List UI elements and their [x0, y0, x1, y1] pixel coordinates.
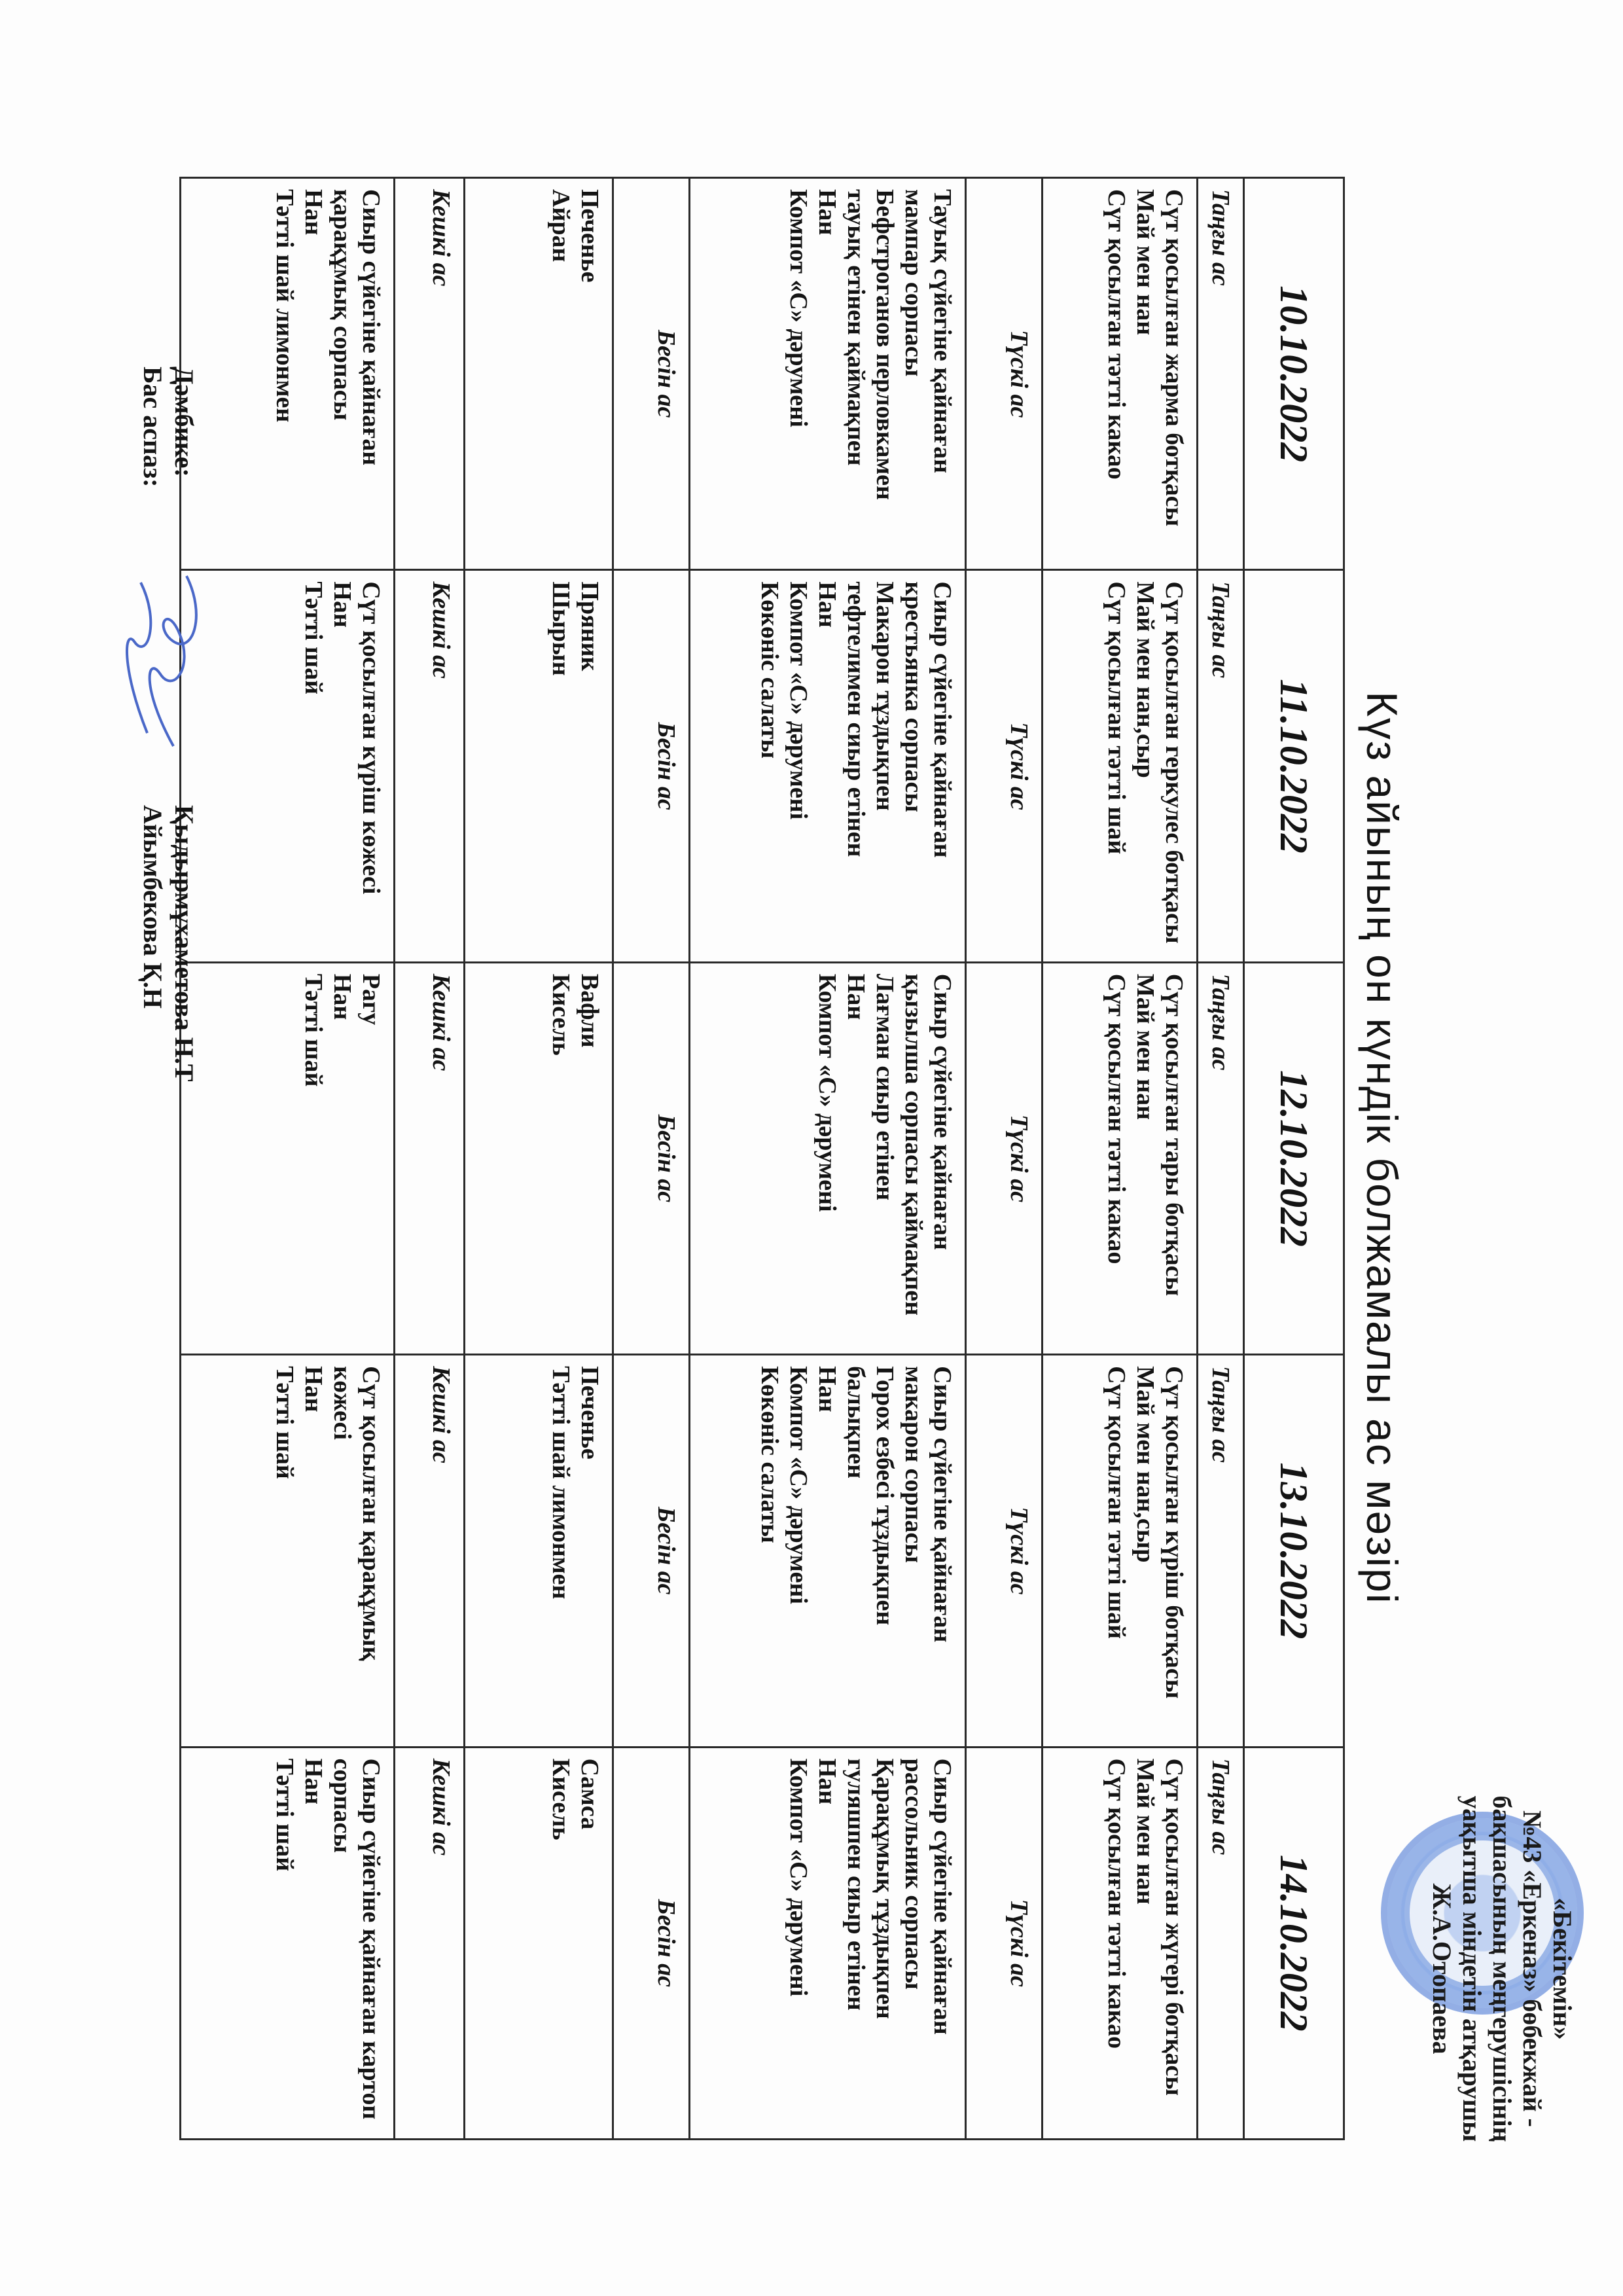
dish-item: Шырын: [546, 581, 575, 950]
dish-item: Нан: [842, 974, 870, 1343]
date-header: 12.10.2022: [1244, 962, 1344, 1354]
breakfast-items-row: Сүт қосылған жарма ботқасыМай мен нанСүт…: [1043, 178, 1198, 2140]
meal-label-dinner: Кешкі ас: [395, 570, 465, 962]
lunch-cell: Тауық сүйегіне қайнаған мампар сорпасыБе…: [690, 178, 966, 570]
meal-label-dinner: Кешкі ас: [395, 178, 465, 570]
dish-item: Сиыр сүйегіне қайнаған рассольник сорпас…: [899, 1759, 957, 2128]
date-header: 10.10.2022: [1244, 178, 1344, 570]
dish-item: Сүт қосылған күріш ботқасы: [1160, 1366, 1188, 1735]
dish-item: Сиыр сүйегіне қайнаған крестьянка сорпас…: [899, 581, 957, 950]
dinner-cell: Сиыр сүйегіне қайнаған қарақұмық сорпасы…: [181, 178, 395, 570]
dish-item: Нан: [328, 974, 357, 1343]
meal-label-dinner: Кешкі ас: [395, 962, 465, 1354]
breakfast-cell: Сүт қосылған жүгері ботқасыМай мен нанСү…: [1043, 1747, 1198, 2139]
snack-cell: ВафлиКисель: [465, 962, 613, 1354]
dish-item: Кисель: [546, 974, 575, 1343]
dish-item: Көкөніс салаты: [755, 581, 784, 950]
signature-name: Қыдырмұхаметова Н.Т: [168, 805, 200, 1082]
approval-block: «Бекітемін» №43 «Еркеназ» бөбекжай - бақ…: [1427, 1785, 1577, 2152]
signature-role: Бас аспаз:: [137, 367, 168, 517]
dish-item: Сиыр сүйегіне қайнаған картоп сорпасы: [328, 1759, 385, 2128]
date-header: 11.10.2022: [1244, 570, 1344, 962]
breakfast-cell: Сүт қосылған тары ботқасыМай мен нанСүт …: [1043, 962, 1198, 1354]
dish-item: Май мен нан,сыр: [1131, 581, 1160, 950]
meal-label-breakfast: Таңғы ас: [1198, 962, 1244, 1354]
meal-label-breakfast: Таңғы ас: [1198, 1747, 1244, 2139]
signature-role: Дәмбике:: [168, 367, 200, 517]
dish-item: Рагу: [357, 974, 385, 1343]
breakfast-cell: Сүт қосылған күріш ботқасыМай мен нан,сы…: [1043, 1355, 1198, 1747]
dish-item: Сүт қосылған тәтті шай: [1102, 581, 1131, 950]
dinner-cell: РагуНанТәтті шай: [181, 962, 395, 1354]
signature-name: Айымбекова Қ.Н: [137, 805, 168, 1009]
approval-line: Ж.А.Отопаева: [1427, 1785, 1457, 2152]
dinner-items-row: Сиыр сүйегіне қайнаған қарақұмық сорпасы…: [181, 178, 395, 2140]
dish-item: Нан: [813, 581, 842, 950]
dish-item: Сүт қосылған жарма ботқасы: [1160, 189, 1188, 558]
dish-item: Печенье: [575, 1366, 604, 1735]
dish-item: Май мен нан: [1131, 1759, 1160, 2128]
dish-item: Нан: [299, 189, 328, 558]
dish-item: Сүт қосылған күріш көжесі: [357, 581, 385, 950]
meal-label-snack: Бесін ас: [613, 178, 690, 570]
page-title: Күз айының он күндік болжамалы ас мәзірі: [1357, 0, 1407, 2296]
dinner-label-row: Кешкі асКешкі асКешкі асКешкі асКешкі ас: [395, 178, 465, 2140]
snack-items-row: ПеченьеАйранПряникШырынВафлиКисельПечень…: [465, 178, 613, 2140]
dish-item: Компот «С» дәрумені: [784, 189, 813, 558]
dish-item: Тәтті шай: [299, 581, 328, 950]
menu-sheet: «Бекітемін» №43 «Еркеназ» бөбекжай - бақ…: [0, 0, 1623, 2296]
dish-item: Сүт қосылған тары ботқасы: [1160, 974, 1188, 1343]
dish-item: Сүт қосылған тәтті какао: [1102, 974, 1131, 1343]
dish-item: Нан: [813, 1759, 842, 2128]
dish-item: Айран: [546, 189, 575, 558]
meal-label-lunch: Түскі ас: [966, 962, 1043, 1354]
date-header: 13.10.2022: [1244, 1355, 1344, 1747]
dish-item: Май мен нан: [1131, 189, 1160, 558]
lunch-cell: Сиыр сүйегіне қайнаған рассольник сорпас…: [690, 1747, 966, 2139]
dish-item: Нан: [813, 189, 842, 558]
meal-label-snack: Бесін ас: [613, 962, 690, 1354]
snack-cell: ПеченьеТәтті шай лимонмен: [465, 1355, 613, 1747]
dish-item: Вафли: [575, 974, 604, 1343]
meal-label-dinner: Кешкі ас: [395, 1747, 465, 2139]
dish-item: Кисель: [546, 1759, 575, 2128]
lunch-cell: Сиыр сүйегіне қайнаған крестьянка сорпас…: [690, 570, 966, 962]
dish-item: Компот «С» дәрумені: [784, 1759, 813, 2128]
dish-item: Май мен нан,сыр: [1131, 1366, 1160, 1735]
dish-item: Пряник: [575, 581, 604, 950]
dish-item: Лағман сиыр етінен: [870, 974, 899, 1343]
breakfast-cell: Сүт қосылған геркулес ботқасыМай мен нан…: [1043, 570, 1198, 962]
dish-item: Печенье: [575, 189, 604, 558]
dish-item: Көкөніс салаты: [755, 1366, 784, 1735]
snack-label-row: Бесін асБесін асБесін асБесін асБесін ас: [613, 178, 690, 2140]
date-header-row: 10.10.2022 11.10.2022 12.10.2022 13.10.2…: [1244, 178, 1344, 2140]
page-content: «Бекітемін» №43 «Еркеназ» бөбекжай - бақ…: [0, 0, 1623, 2296]
menu-table: 10.10.2022 11.10.2022 12.10.2022 13.10.2…: [179, 177, 1345, 2140]
dish-item: Сиыр сүйегіне қайнаған қарақұмық сорпасы: [328, 189, 385, 558]
dish-item: Сүт қосылған тәтті шай: [1102, 1366, 1131, 1735]
meal-label-breakfast: Таңғы ас: [1198, 570, 1244, 962]
lunch-cell: Сиыр сүйегіне қайнаған қызылша сорпасы қ…: [690, 962, 966, 1354]
snack-cell: СамсаКисель: [465, 1747, 613, 2139]
dish-item: Макарон тұздықпен тефтелимен сиыр етінен: [842, 581, 899, 950]
lunch-cell: Сиыр сүйегіне қайнаған макарон сорпасыГо…: [690, 1355, 966, 1747]
lunch-items-row: Тауық сүйегіне қайнаған мампар сорпасыБе…: [690, 178, 966, 2140]
dinner-cell: Сүт қосылған қарақұмық көжесіНанТәтті ша…: [181, 1355, 395, 1747]
dish-item: Нан: [328, 581, 357, 950]
dish-item: Сиыр сүйегіне қайнаған қызылша сорпасы қ…: [899, 974, 957, 1343]
dish-item: Сиыр сүйегіне қайнаған макарон сорпасы: [899, 1366, 957, 1735]
dish-item: Сүт қосылған тәтті какао: [1102, 1759, 1131, 2128]
dish-item: Компот «С» дәрумені: [784, 581, 813, 950]
meal-label-lunch: Түскі ас: [966, 1355, 1043, 1747]
meal-label-breakfast: Таңғы ас: [1198, 178, 1244, 570]
dish-item: Қарақұмық тұздықпен гуляшпен сиыр етінен: [842, 1759, 899, 2128]
dish-item: Компот «С» дәрумені: [784, 1366, 813, 1735]
meal-label-snack: Бесін ас: [613, 1355, 690, 1747]
dinner-cell: Сиыр сүйегіне қайнаған картоп сорпасыНан…: [181, 1747, 395, 2139]
meal-label-breakfast: Таңғы ас: [1198, 1355, 1244, 1747]
meal-label-lunch: Түскі ас: [966, 570, 1043, 962]
dish-item: Май мен нан: [1131, 974, 1160, 1343]
meal-label-dinner: Кешкі ас: [395, 1355, 465, 1747]
date-header: 14.10.2022: [1244, 1747, 1344, 2139]
dish-item: Самса: [575, 1759, 604, 2128]
approval-line: уақытша міндетін атқарушы: [1457, 1785, 1487, 2152]
dish-item: Тауық сүйегіне қайнаған мампар сорпасы: [899, 189, 957, 558]
breakfast-label-row: Таңғы асТаңғы асТаңғы асТаңғы асТаңғы ас: [1198, 178, 1244, 2140]
breakfast-cell: Сүт қосылған жарма ботқасыМай мен нанСүт…: [1043, 178, 1198, 570]
dish-item: Нан: [813, 1366, 842, 1735]
dish-item: Сүт қосылған жүгері ботқасы: [1160, 1759, 1188, 2128]
snack-cell: ПеченьеАйран: [465, 178, 613, 570]
dish-item: Нан: [299, 1366, 328, 1735]
dish-item: Тәтті шай: [270, 1759, 299, 2128]
snack-cell: ПряникШырын: [465, 570, 613, 962]
dish-item: Сүт қосылған геркулес ботқасы: [1160, 581, 1188, 950]
dish-item: Нан: [299, 1759, 328, 2128]
approval-line: №43 «Еркеназ» бөбекжай -: [1517, 1785, 1547, 2152]
lunch-label-row: Түскі асТүскі асТүскі асТүскі асТүскі ас: [966, 178, 1043, 2140]
approval-line: «Бекітемін»: [1547, 1785, 1577, 2152]
dish-item: Горох езбесі тұздықпен балықпен: [842, 1366, 899, 1735]
dish-item: Компот «С» дәрумені: [813, 974, 842, 1343]
dish-item: Тәтті шай: [299, 974, 328, 1343]
dish-item: Тәтті шай лимонмен: [546, 1366, 575, 1735]
dish-item: Бефстроганов перловкамен тауық етінен қа…: [842, 189, 899, 558]
meal-label-snack: Бесін ас: [613, 570, 690, 962]
dish-item: Сүт қосылған тәтті какао: [1102, 189, 1131, 558]
dish-item: Сүт қосылған қарақұмық көжесі: [328, 1366, 385, 1735]
dish-item: Тәтті шай: [270, 1366, 299, 1735]
signatures: Дәмбике: Қыдырмұхаметова Н.Т Бас аспаз: …: [137, 367, 200, 1082]
signature-scribble-icon: [115, 563, 213, 759]
approval-line: бақшасының меңгерушісінің: [1487, 1785, 1517, 2152]
meal-label-snack: Бесін ас: [613, 1747, 690, 2139]
dish-item: Тәтті шай лимонмен: [270, 189, 299, 558]
meal-label-lunch: Түскі ас: [966, 178, 1043, 570]
meal-label-lunch: Түскі ас: [966, 1747, 1043, 2139]
